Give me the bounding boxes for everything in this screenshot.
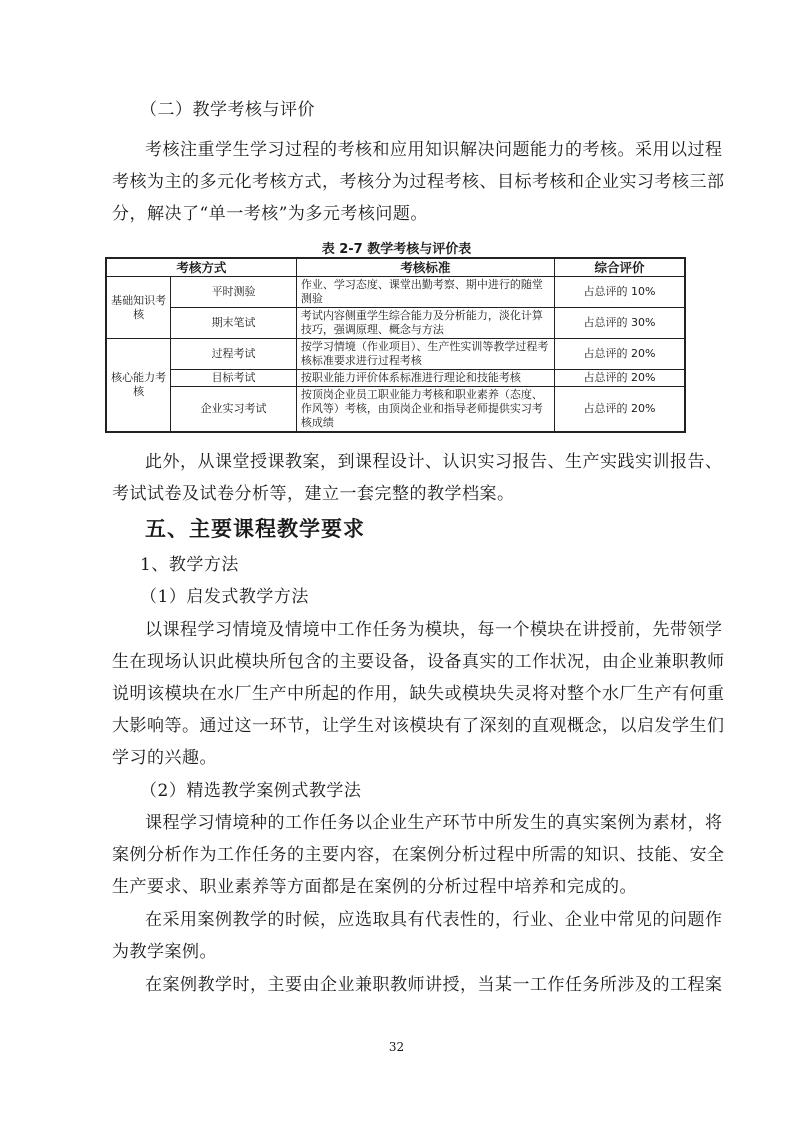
criteria-cell: 考试内容侧重学生综合能力及分析能力，淡化计算技巧，强调原理、概念与方法 <box>296 308 554 339</box>
paragraph-line: 大影响等。通过这一环节，让学生对该模块有了深刻的直观概念，以启发学生们 <box>112 716 692 736</box>
header-method: 考核方式 <box>106 258 296 277</box>
paragraph-line: 课程学习情境种的工作任务以企业生产环节中所发生的真实案例为素材，将 <box>145 813 725 833</box>
method-cell: 平时测验 <box>171 277 297 308</box>
criteria-cell: 作业、学习态度、课堂出勤考察、期中进行的随堂测验 <box>296 277 554 308</box>
table-row: 企业实习考试 按顶岗企业员工职业能力考核和职业素养（态度、作风等）考核，由顶岗企… <box>106 387 685 433</box>
header-criteria: 考核标准 <box>296 258 554 277</box>
criteria-cell: 按学习情境（作业项目）、生产性实训等教学过程考核标准要求进行过程考核 <box>296 339 554 370</box>
method-heading: （1）启发式教学方法 <box>140 587 720 607</box>
method-cell: 期末笔试 <box>171 308 297 339</box>
method-heading: （2）精选教学案例式教学法 <box>140 781 720 801</box>
paragraph-line: 考核注重学生学习过程的考核和应用知识解决问题能力的考核。采用以过程 <box>145 140 725 160</box>
table-row: 核心能力考核 过程考试 按学习情境（作业项目）、生产性实训等教学过程考核标准要求… <box>106 339 685 370</box>
table-row: 基础知识考核 平时测验 作业、学习态度、课堂出勤考察、期中进行的随堂测验 占总评… <box>106 277 685 308</box>
method-cell: 企业实习考试 <box>171 387 297 433</box>
criteria-cell: 按顶岗企业员工职业能力考核和职业素养（态度、作风等）考核，由顶岗企业和指导老师提… <box>296 387 554 433</box>
weight-cell: 占总评的 20% <box>554 370 685 387</box>
item-heading: 1、教学方法 <box>140 555 720 575</box>
section-heading: 五、主要课程教学要求 <box>145 513 365 543</box>
evaluation-table: 考核方式 考核标准 综合评价 基础知识考核 平时测验 作业、学习态度、课堂出勤考… <box>105 257 686 433</box>
paragraph-line: 分，解决了“单一考核”为多元考核问题。 <box>112 204 692 224</box>
paragraph-line: 生产要求、职业素养等方面都是在案例的分析过程中培养和完成的。 <box>112 877 692 897</box>
method-cell: 目标考试 <box>171 370 297 387</box>
paragraph-line: 为教学案例。 <box>112 942 692 962</box>
paragraph-line: 生在现场认识此模块所包含的主要设备，设备真实的工作状况，由企业兼职教师 <box>112 652 692 672</box>
paragraph-line: 学习的兴趣。 <box>112 748 692 768</box>
category-cell: 基础知识考核 <box>106 277 171 339</box>
paragraph-line: 在采用案例教学的时候，应选取具有代表性的，行业、企业中常见的问题作 <box>145 910 725 930</box>
criteria-cell: 按职业能力评价体系标准进行理论和技能考核 <box>296 370 554 387</box>
paragraph-line: 说明该模块在水厂生产中所起的作用，缺失或模块失灵将对整个水厂生产有何重 <box>112 684 692 704</box>
paragraph-line: 此外，从课堂授课教案，到课程设计、认识实习报告、生产实践实训报告、 <box>145 452 725 472</box>
weight-cell: 占总评的 10% <box>554 277 685 308</box>
header-weight: 综合评价 <box>554 258 685 277</box>
page-number: 32 <box>0 1040 793 1054</box>
table-row: 目标考试 按职业能力评价体系标准进行理论和技能考核 占总评的 20% <box>106 370 685 387</box>
method-cell: 过程考试 <box>171 339 297 370</box>
weight-cell: 占总评的 20% <box>554 339 685 370</box>
table-header-row: 考核方式 考核标准 综合评价 <box>106 258 685 277</box>
table-row: 期末笔试 考试内容侧重学生综合能力及分析能力，淡化计算技巧，强调原理、概念与方法… <box>106 308 685 339</box>
subheading-evaluation: （二）教学考核与评价 <box>140 100 720 120</box>
paragraph-line: 案例分析作为工作任务的主要内容，在案例分析过程中所需的知识、技能、安全 <box>112 845 692 865</box>
paragraph-line: 考核为主的多元化考核方式，考核分为过程考核、目标考核和企业实习考核三部 <box>112 172 692 192</box>
table-caption: 表 2-7 教学考核与评价表 <box>0 238 793 257</box>
paragraph-line: 在案例教学时，主要由企业兼职教师讲授，当某一工作任务所涉及的工程案 <box>145 975 725 995</box>
category-cell: 核心能力考核 <box>106 339 171 433</box>
paragraph-line: 以课程学习情境及情境中工作任务为模块，每一个模块在讲授前，先带领学 <box>145 620 725 640</box>
paragraph-line: 考试试卷及试卷分析等，建立一套完整的教学档案。 <box>112 484 692 504</box>
weight-cell: 占总评的 20% <box>554 387 685 433</box>
document-page: （二）教学考核与评价 考核注重学生学习过程的考核和应用知识解决问题能力的考核。采… <box>0 0 793 1122</box>
weight-cell: 占总评的 30% <box>554 308 685 339</box>
